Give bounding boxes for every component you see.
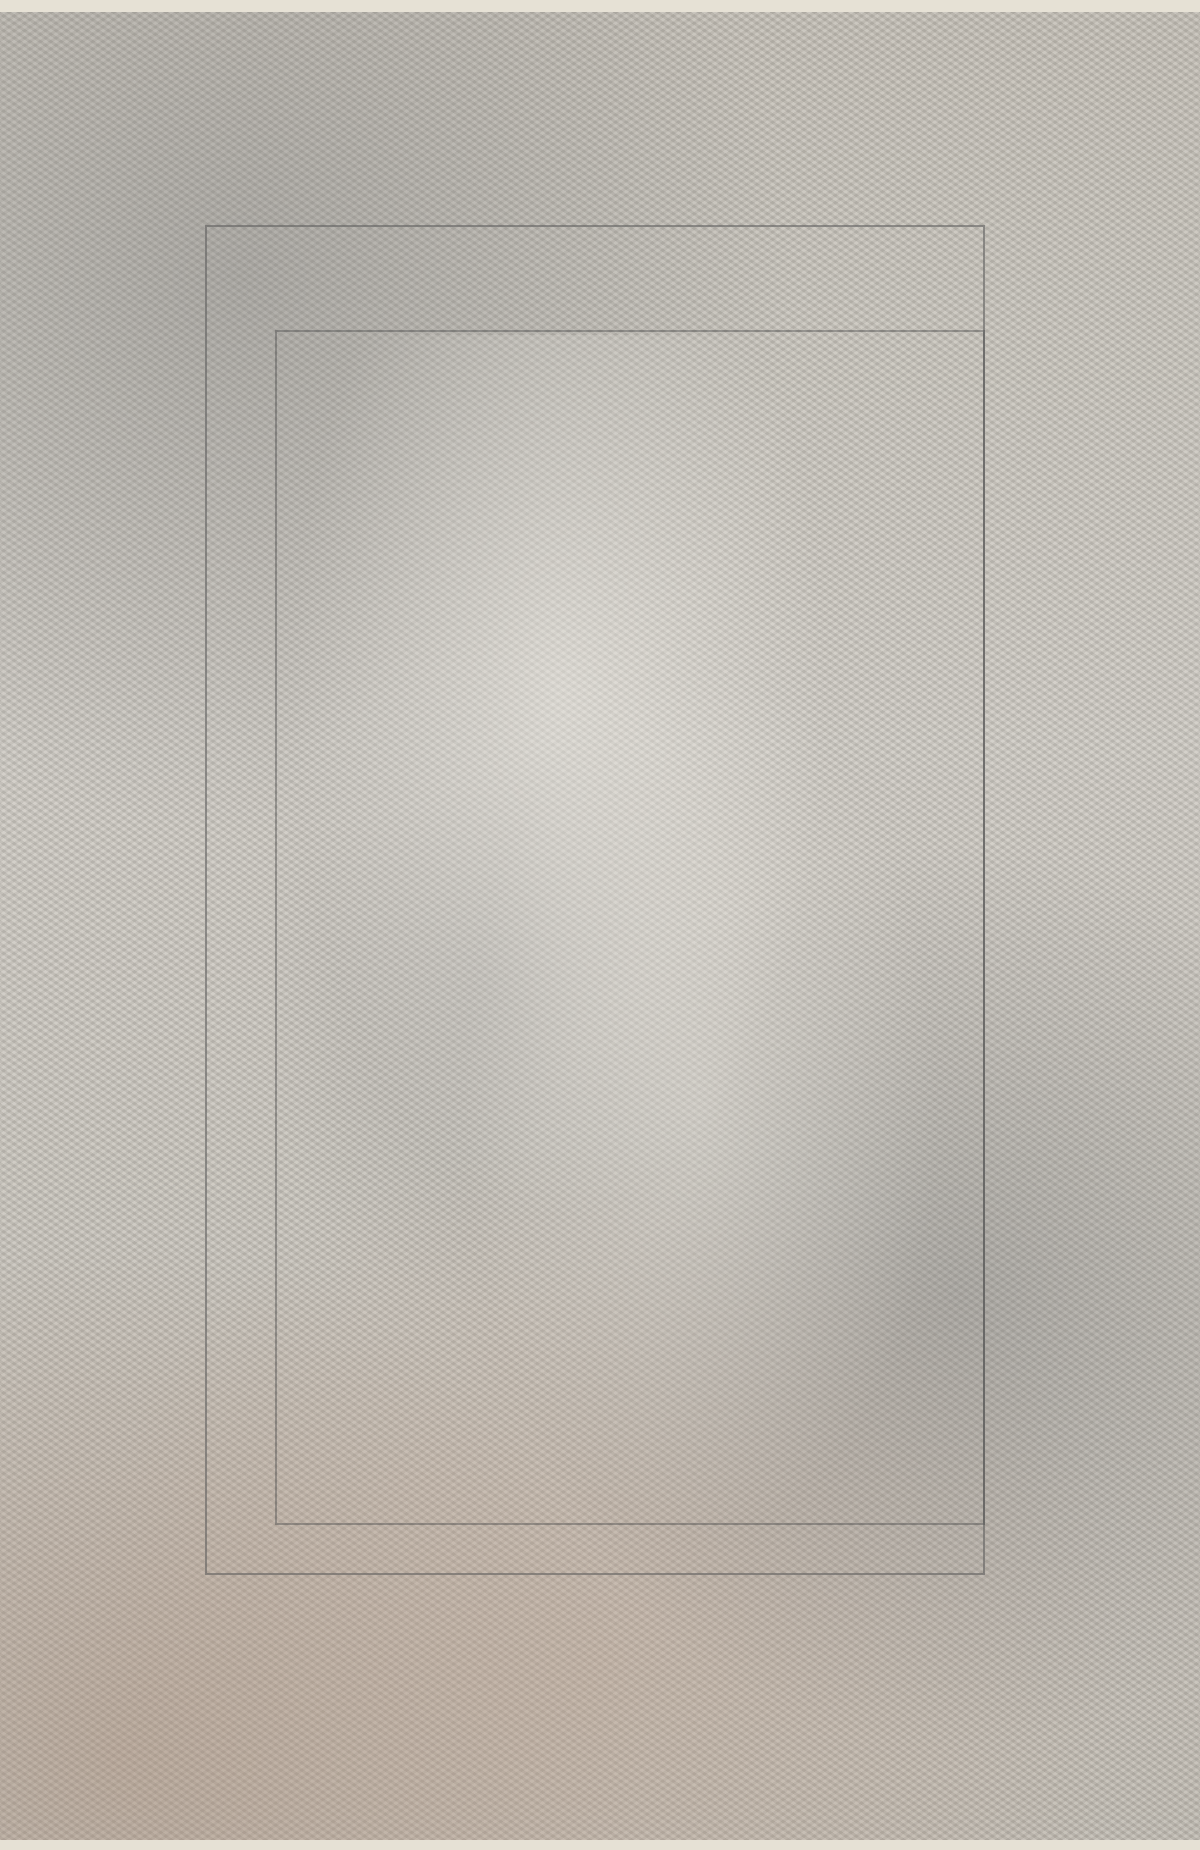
rug-image bbox=[0, 0, 1200, 1850]
rug-bottom-edge bbox=[0, 1840, 1200, 1850]
rug-top-edge bbox=[0, 0, 1200, 12]
rug-center-field bbox=[280, 335, 980, 1520]
